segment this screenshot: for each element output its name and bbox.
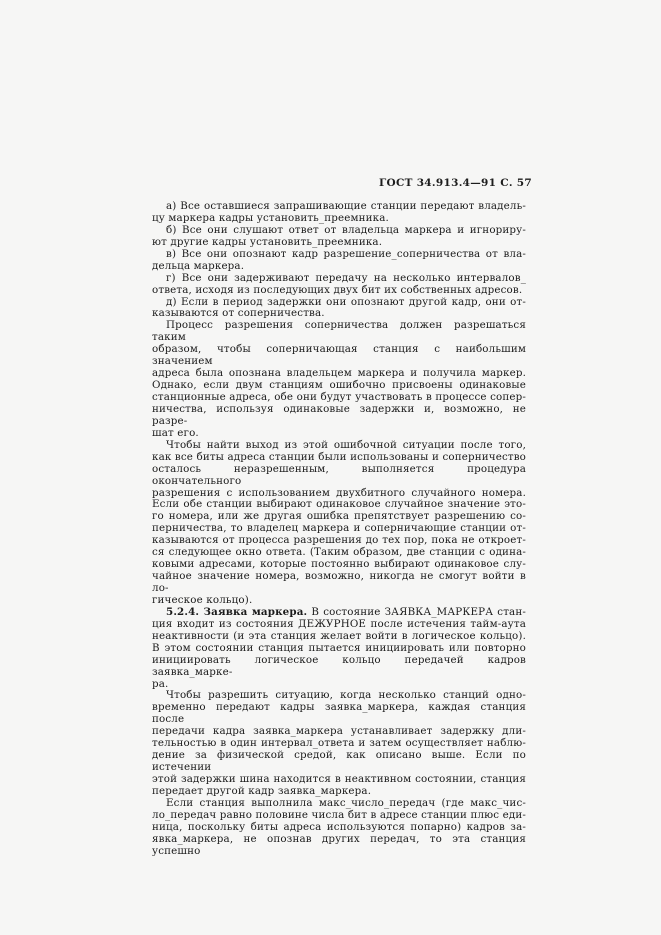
paragraph: Чтобы разрешить ситуацию, когда нескольк… <box>152 690 526 797</box>
paragraph: а) Все оставшиеся запрашивающие станции … <box>152 201 526 225</box>
page-header-gost-number: ГОСТ 34.913.4—91 С. 57 <box>152 177 532 189</box>
paragraph: г) Все они задерживают передачу на неско… <box>152 273 526 297</box>
text-line: ница, поскольку биты адреса используются… <box>152 822 526 834</box>
text-line: дение за физической средой, как описано … <box>152 750 526 774</box>
text-line: ют другие кадры установить_преемника. <box>152 237 526 249</box>
paragraph: 5.2.4. Заявка маркера. В состояние ЗАЯВК… <box>152 607 526 691</box>
text-line: чайное значение номера, возможно, никогд… <box>152 571 526 595</box>
text-line: временно передают кадры заявка_маркера, … <box>152 702 526 726</box>
paragraph: Чтобы найти выход из этой ошибочной ситу… <box>152 440 526 607</box>
text-column: а) Все оставшиеся запрашивающие станции … <box>152 201 526 858</box>
bold-run: 5.2.4. Заявка маркера. <box>166 606 307 618</box>
text-run: В состояние ЗАЯВКА_МАРКЕРА стан- <box>307 606 526 618</box>
text-line: В этом состоянии станция пытается иниции… <box>152 643 526 655</box>
text-line: Чтобы найти выход из этой ошибочной ситу… <box>152 440 526 452</box>
paragraph: б) Все они слушают ответ от владельца ма… <box>152 225 526 249</box>
text-line: шат его. <box>152 428 526 440</box>
text-line: ответа, исходя из последующих двух бит и… <box>152 285 526 297</box>
paragraph: д) Если в период задержки они опознают д… <box>152 297 526 321</box>
text-line: ция входит из состояния ДЕЖУРНОЕ после и… <box>152 619 526 631</box>
text-line: ло_передач равно половине числа бит в ад… <box>152 810 526 822</box>
text-line: образом, чтобы соперничающая станция с н… <box>152 344 526 368</box>
text-line: как все биты адреса станции были использ… <box>152 452 526 464</box>
text-line: явка_маркера, не опознав других передач,… <box>152 834 526 858</box>
text-line: г) Все они задерживают передачу на неско… <box>152 273 526 285</box>
paragraph: в) Все они опознают кадр разрешение_сопе… <box>152 249 526 273</box>
text-line: ничества, используя одинаковые задержки … <box>152 404 526 428</box>
paragraph: Процесс разрешения соперничества должен … <box>152 320 526 439</box>
text-line: дельца маркера. <box>152 261 526 273</box>
scanned-document-page: ГОСТ 34.913.4—91 С. 57 а) Все оставшиеся… <box>0 0 661 935</box>
text-line: инициировать логическое кольцо передачей… <box>152 655 526 679</box>
paragraph: Если станция выполнила макс_число_переда… <box>152 798 526 858</box>
text-line: в) Все они опознают кадр разрешение_сопе… <box>152 249 526 261</box>
text-line: осталось неразрешенным, выполняется проц… <box>152 464 526 488</box>
text-line: Процесс разрешения соперничества должен … <box>152 320 526 344</box>
text-line: неактивности (и эта станция желает войти… <box>152 631 526 643</box>
